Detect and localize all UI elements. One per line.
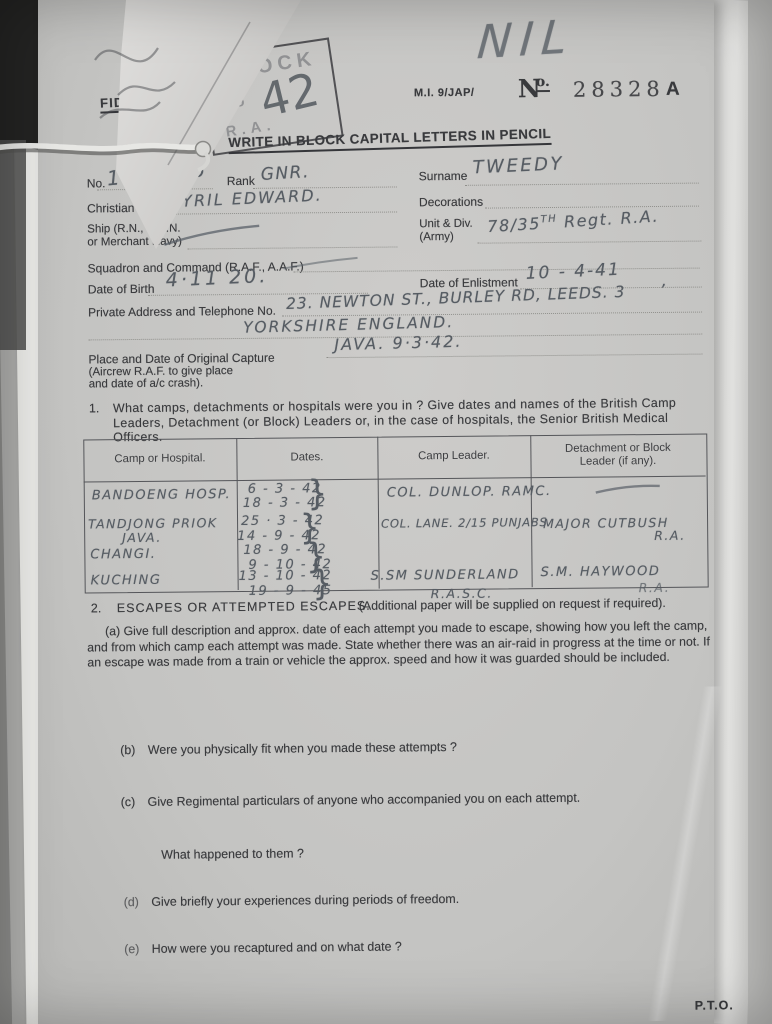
binding-string <box>0 146 200 149</box>
scan-artifacts <box>0 0 772 1024</box>
pow-questionnaire-scan: FIDENTIAL BLOCK No R.A. 42 NIL M.I. 9/JA… <box>0 0 772 1024</box>
pencil-scribble <box>95 48 175 118</box>
